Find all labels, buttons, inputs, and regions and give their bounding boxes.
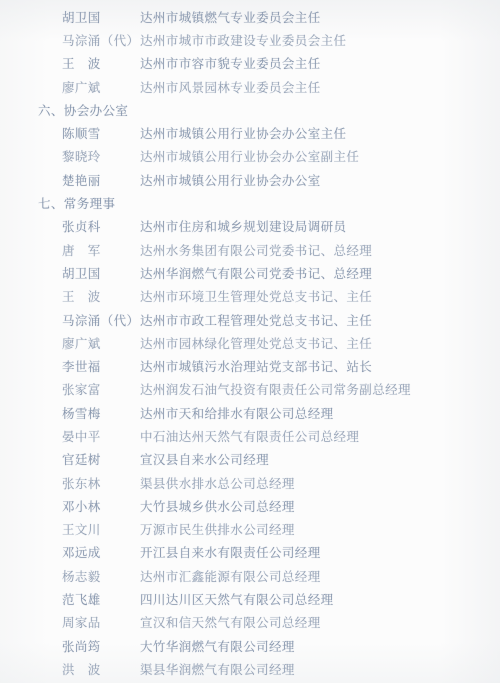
member-name: 胡卫国 (62, 8, 140, 26)
member-title: 达州市环境卫生管理处党总支书记、主任 (140, 287, 372, 305)
member-row: 晏中平中石油达州天然气有限责任公司总经理 (0, 424, 500, 447)
member-row: 杨志毅达州市汇鑫能源有限公司总经理 (0, 564, 500, 587)
member-title: 中石油达州天然气有限责任公司总经理 (140, 427, 359, 445)
document-page: 胡卫国达州市城镇燃气专业委员会主任马淙涌（代）达州市城市市政建设专业委员会主任王… (0, 0, 500, 683)
member-row: 邓小林大竹县城乡供水公司总经理 (0, 494, 500, 517)
member-name: 廖广斌 (62, 78, 140, 96)
member-name: 晏中平 (62, 427, 140, 445)
member-name: 黎晓玲 (62, 147, 140, 165)
member-title: 宣汉和信天然气有限公司总经理 (140, 613, 321, 631)
member-row: 王 波达州市市容市貌专业委员会主任 (0, 52, 500, 75)
member-title: 达州市城镇公用行业协会办公室 (140, 171, 321, 189)
member-title: 达州市住房和城乡规划建设局调研员 (140, 217, 346, 235)
member-title: 宣汉县自来水公司经理 (140, 450, 269, 468)
member-row: 马淙涌（代）达州市城市市政建设专业委员会主任 (0, 28, 500, 51)
member-row: 洪 波渠县华润燃气有限公司经理 (0, 657, 500, 680)
member-row: 黎晓玲达州市城镇公用行业协会办公室副主任 (0, 145, 500, 168)
member-title: 达州市天和给排水有限公司总经理 (140, 404, 334, 422)
member-name: 杨雪梅 (62, 404, 140, 422)
member-row: 王文川万源市民生供排水公司经理 (0, 518, 500, 541)
member-title: 达州润发石油气投资有限责任公司常务副总经理 (140, 380, 411, 398)
member-title: 万源市民生供排水公司经理 (140, 520, 295, 538)
member-row: 官廷树宣汉县自来水公司经理 (0, 448, 500, 471)
member-title: 开江县自来水有限责任公司经理 (140, 543, 321, 561)
member-title: 达州市市政工程管理处党总支书记、主任 (140, 311, 372, 329)
member-row: 马淙涌（代）达州市市政工程管理处党总支书记、主任 (0, 308, 500, 331)
member-name: 官廷树 (62, 450, 140, 468)
member-name: 王 波 (62, 287, 140, 305)
member-name: 唐 军 (62, 241, 140, 259)
member-row: 唐 军达州水务集团有限公司党委书记、总经理 (0, 238, 500, 261)
member-name: 范飞雄 (62, 590, 140, 608)
member-name: 马淙涌（代） (62, 31, 140, 49)
member-row: 王 波达州市环境卫生管理处党总支书记、主任 (0, 285, 500, 308)
member-name: 廖广斌 (62, 334, 140, 352)
member-row: 张家富达州润发石油气投资有限责任公司常务副总经理 (0, 378, 500, 401)
member-title: 大竹华润燃气有限公司经理 (140, 637, 295, 655)
member-row: 廖广斌达州市园林绿化管理处党总支书记、主任 (0, 331, 500, 354)
member-name: 张尚筠 (62, 637, 140, 655)
member-row: 张尚筠大竹华润燃气有限公司经理 (0, 634, 500, 657)
member-row: 李世福达州市城镇污水治理站党支部书记、站长 (0, 354, 500, 377)
member-title: 渠县供水排水总公司总经理 (140, 474, 295, 492)
member-name: 张家富 (62, 380, 140, 398)
member-row: 廖广斌达州市风景园林专业委员会主任 (0, 75, 500, 98)
member-name: 王 波 (62, 54, 140, 72)
member-row: 邓远成开江县自来水有限责任公司经理 (0, 541, 500, 564)
section-heading: 七、常务理事 (0, 191, 500, 214)
member-title: 渠县华润燃气有限公司经理 (140, 660, 295, 678)
member-title: 达州市城镇污水治理站党支部书记、站长 (140, 357, 372, 375)
member-name: 王文川 (62, 520, 140, 538)
member-name: 胡卫国 (62, 264, 140, 282)
member-row: 胡卫国达州华润燃气有限公司党委书记、总经理 (0, 261, 500, 284)
member-title: 达州市汇鑫能源有限公司总经理 (140, 567, 321, 585)
member-title: 达州市城镇燃气专业委员会主任 (140, 8, 321, 26)
member-name: 邓远成 (62, 543, 140, 561)
member-row: 张东林渠县供水排水总公司总经理 (0, 471, 500, 494)
member-row: 胡卫国达州市城镇燃气专业委员会主任 (0, 5, 500, 28)
member-row: 楚艳丽达州市城镇公用行业协会办公室 (0, 168, 500, 191)
member-title: 达州水务集团有限公司党委书记、总经理 (140, 241, 372, 259)
member-row: 张贞科达州市住房和城乡规划建设局调研员 (0, 215, 500, 238)
member-row: 周家品宣汉和信天然气有限公司总经理 (0, 611, 500, 634)
member-name: 张贞科 (62, 217, 140, 235)
member-title: 达州市风景园林专业委员会主任 (140, 78, 321, 96)
member-title: 达州市园林绿化管理处党总支书记、主任 (140, 334, 372, 352)
member-name: 杨志毅 (62, 567, 140, 585)
member-title: 大竹县城乡供水公司总经理 (140, 497, 295, 515)
member-row: 杨雪梅达州市天和给排水有限公司总经理 (0, 401, 500, 424)
member-title: 达州市市容市貌专业委员会主任 (140, 54, 321, 72)
member-name: 李世福 (62, 357, 140, 375)
member-name: 邓小林 (62, 497, 140, 515)
member-title: 四川达川区天然气有限公司总经理 (140, 590, 334, 608)
member-name: 陈顺雪 (62, 124, 140, 142)
member-title: 达州市城市市政建设专业委员会主任 (140, 31, 346, 49)
member-name: 楚艳丽 (62, 171, 140, 189)
member-name: 张东林 (62, 474, 140, 492)
member-title: 达州市城镇公用行业协会办公室副主任 (140, 147, 359, 165)
member-name: 马淙涌（代） (62, 311, 140, 329)
member-title: 达州市城镇公用行业协会办公室主任 (140, 124, 346, 142)
section-heading: 六、协会办公室 (0, 98, 500, 121)
member-row: 陈顺雪达州市城镇公用行业协会办公室主任 (0, 121, 500, 144)
member-name: 洪 波 (62, 660, 140, 678)
member-title: 达州华润燃气有限公司党委书记、总经理 (140, 264, 372, 282)
member-name: 周家品 (62, 613, 140, 631)
member-row: 范飞雄四川达川区天然气有限公司总经理 (0, 587, 500, 610)
